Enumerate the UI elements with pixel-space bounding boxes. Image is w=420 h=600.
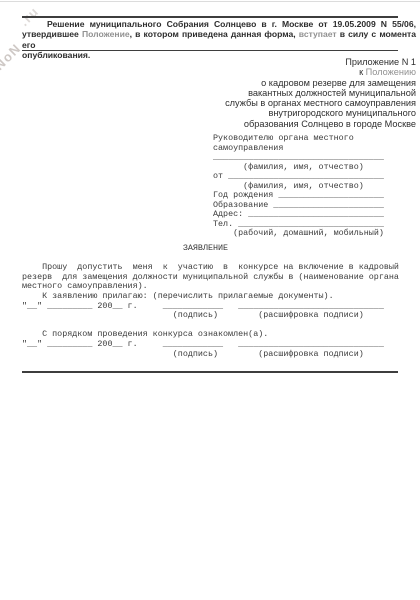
application-form-block: ЗАЯВЛЕНИЕ Прошу допустить меня к участию… (22, 244, 399, 359)
appendix-header: Приложение N 1 к Положению о кадровом ре… (154, 57, 416, 129)
appendix-line: службы в органах местного самоуправления (154, 98, 416, 108)
appendix-line: о кадровом резерве для замещения (154, 78, 416, 88)
document-end-rule (22, 371, 398, 373)
note-bottom-rule (22, 50, 398, 52)
appendix-title: Приложение N 1 (154, 57, 416, 67)
note-text-segment: утвердившее (22, 29, 82, 39)
vstupaet-link[interactable]: вступает (299, 29, 337, 39)
appendix-subtitle: к Положению (154, 67, 416, 77)
window-edge-divider (0, 1, 420, 2)
note-line-1: Решение муниципального Собрания Солнцево… (22, 19, 416, 29)
polozhenie-link[interactable]: Положение (82, 29, 130, 39)
document-page: NoN .ru Решение муниципального Собрания … (0, 0, 420, 600)
appendix-line: образования Солнцево в городе Москве (154, 119, 416, 129)
note-top-rule (22, 16, 398, 18)
editorial-note: Решение муниципального Собрания Солнцево… (22, 19, 416, 61)
note-text-segment: , в котором приведена данная форма, (130, 29, 299, 39)
note-line-2: утвердившее Положение, в котором приведе… (22, 29, 416, 50)
appendix-line: вакантных должностей муниципальной (154, 88, 416, 98)
polozheniyu-link[interactable]: Положению (366, 67, 416, 77)
appendix-line: внутригородского муниципального (154, 108, 416, 118)
appendix-text-segment: к (359, 67, 366, 77)
addressee-form-block: Руководителю органа местного самоуправле… (213, 134, 384, 239)
watermark-text: NoN (0, 40, 24, 73)
